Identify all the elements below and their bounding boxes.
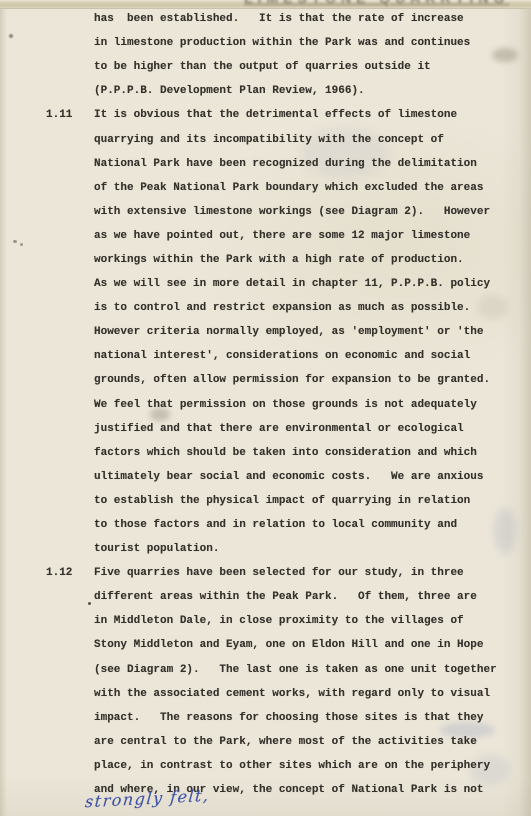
typed-line: quarrying and its incompatibility with t… — [0, 127, 531, 151]
typed-line-text: National Park have been recognized durin… — [94, 158, 477, 170]
bleed-through-header: LIMESTONE QUARRYING — [244, 0, 509, 6]
typed-line: to those factors and in relation to loca… — [0, 513, 531, 537]
typed-line: workings within the Park with a high rat… — [0, 248, 531, 272]
typed-line-text: to those factors and in relation to loca… — [94, 519, 457, 531]
typed-line-text: in Middleton Dale, in close proximity to… — [94, 615, 464, 627]
typed-line-text: (see Diagram 2). The last one is taken a… — [94, 664, 497, 676]
typed-line-text: is to control and restrict expansion as … — [94, 302, 470, 314]
typed-line: of the Peak National Park boundary which… — [0, 176, 531, 200]
typed-line: to establish the physical impact of quar… — [0, 489, 531, 513]
typed-line: as we have pointed out, there are some 1… — [0, 224, 531, 248]
typed-line-text: with extensive limestone workings (see D… — [94, 206, 490, 218]
typed-line: to be higher than the output of quarries… — [0, 55, 531, 79]
typed-line: factors which should be taken into consi… — [0, 441, 531, 465]
typed-line: in limestone production within the Park … — [0, 31, 531, 55]
typed-line: impact. The reasons for choosing those s… — [0, 706, 531, 730]
typed-line: (see Diagram 2). The last one is taken a… — [0, 658, 531, 682]
typed-line-text: in limestone production within the Park … — [94, 37, 470, 49]
typed-line: 1.11It is obvious that the detrimental e… — [0, 103, 531, 127]
typed-line-text: are central to the Park, where most of t… — [94, 736, 477, 748]
typed-line: Stony Middleton and Eyam, one on Eldon H… — [0, 633, 531, 657]
typed-line: place, in contrast to other sites which … — [0, 754, 531, 778]
paragraph-number: 1.12 — [46, 567, 72, 579]
typed-line-text: However criteria normally employed, as '… — [94, 326, 483, 338]
typed-line: with extensive limestone workings (see D… — [0, 200, 531, 224]
typed-line: and where, in our view, the concept of N… — [0, 778, 531, 802]
typed-line: are central to the Park, where most of t… — [0, 730, 531, 754]
typed-line: (P.P.P.B. Development Plan Review, 1966)… — [0, 79, 531, 103]
typed-line: 1.12Five quarries have been selected for… — [0, 561, 531, 585]
typed-line-text: impact. The reasons for choosing those s… — [94, 712, 483, 724]
typed-line-text: ultimately bear social and economic cost… — [94, 471, 483, 483]
typed-line: justified and that there are environment… — [0, 417, 531, 441]
typed-line-text: of the Peak National Park boundary which… — [94, 182, 483, 194]
typed-text-block: has been established. It is that the rat… — [0, 7, 531, 802]
typed-line: is to control and restrict expansion as … — [0, 296, 531, 320]
typed-line-text: as we have pointed out, there are some 1… — [94, 230, 470, 242]
paragraph-number: 1.11 — [46, 109, 72, 121]
typed-line-text: We feel that permission on those grounds… — [94, 399, 477, 411]
typed-line-text: tourist population. — [94, 543, 219, 555]
typed-line: in Middleton Dale, in close proximity to… — [0, 609, 531, 633]
scanned-document-page: LIMESTONE QUARRYING has been established… — [0, 0, 531, 816]
typed-line-text: place, in contrast to other sites which … — [94, 760, 490, 772]
typed-line-text: grounds, often allow permission for expa… — [94, 374, 490, 386]
typed-line-text: with the associated cement works, with r… — [94, 688, 490, 700]
typed-line-text: Five quarries have been selected for our… — [94, 567, 464, 579]
typed-line-text: workings within the Park with a high rat… — [94, 254, 464, 266]
typed-line: ultimately bear social and economic cost… — [0, 465, 531, 489]
typed-line: However criteria normally employed, as '… — [0, 320, 531, 344]
typed-line: with the associated cement works, with r… — [0, 682, 531, 706]
typed-line: As we will see in more detail in chapter… — [0, 272, 531, 296]
typed-line: tourist population. — [0, 537, 531, 561]
typed-line: has been established. It is that the rat… — [0, 7, 531, 31]
typed-line-text: (P.P.P.B. Development Plan Review, 1966)… — [94, 85, 365, 97]
typed-line-text: It is obvious that the detrimental effec… — [94, 109, 457, 121]
typed-line: National Park have been recognized durin… — [0, 152, 531, 176]
typed-line-text: justified and that there are environment… — [94, 423, 464, 435]
typed-line-text: factors which should be taken into consi… — [94, 447, 477, 459]
typed-line-text: Stony Middleton and Eyam, one on Eldon H… — [94, 639, 483, 651]
typed-line-text: to establish the physical impact of quar… — [94, 495, 470, 507]
typed-line-text: to be higher than the output of quarries… — [94, 61, 431, 73]
typed-line: grounds, often allow permission for expa… — [0, 368, 531, 392]
typed-line: national interest', considerations on ec… — [0, 344, 531, 368]
typed-line-text: has been established. It is that the rat… — [94, 13, 464, 25]
typed-line-text: As we will see in more detail in chapter… — [94, 278, 490, 290]
typed-line: We feel that permission on those grounds… — [0, 393, 531, 417]
typed-line: different areas within the Peak Park. Of… — [0, 585, 531, 609]
typed-line-text: different areas within the Peak Park. Of… — [94, 591, 477, 603]
typed-line-text: quarrying and its incompatibility with t… — [94, 134, 444, 146]
typed-line-text: national interest', considerations on ec… — [94, 350, 470, 362]
